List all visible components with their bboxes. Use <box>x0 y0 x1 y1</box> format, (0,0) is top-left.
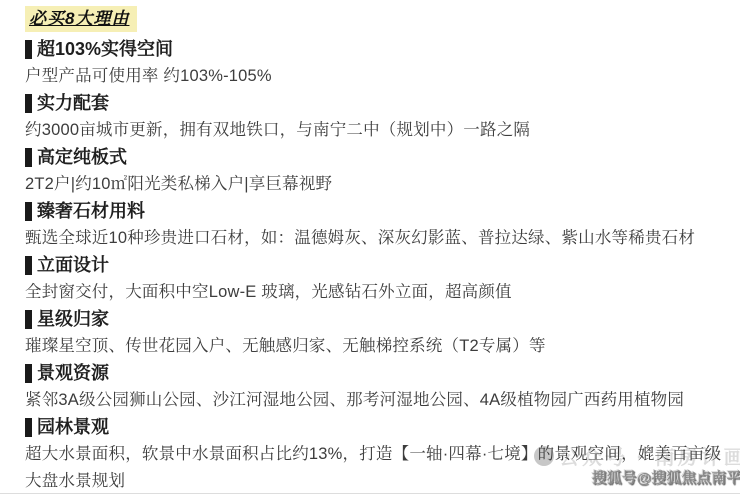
section-heading: 实力配套 <box>25 90 726 117</box>
section-heading: 立面设计 <box>25 252 726 279</box>
section-heading-text: 景观资源 <box>37 360 109 387</box>
reason-section-8: 园林景观 超大水景面积，软景中水景面积占比约13%，打造【一轴·四幕·七境】的景… <box>25 414 726 495</box>
section-body-text: 璀璨星空顶、传世花园入户、无触感归家、无触梯控系统（T2专属）等 <box>25 333 726 360</box>
heading-bar-icon <box>25 310 32 329</box>
title-row: 必买8大理由 <box>25 6 726 36</box>
reason-section-5: 立面设计 全封窗交付，大面积中空Low-E 玻璃，光感钻石外立面，超高颜值 <box>25 252 726 306</box>
section-heading-text: 实力配套 <box>37 90 109 117</box>
heading-bar-icon <box>25 40 32 59</box>
section-heading: 超103%实得空间 <box>25 36 726 63</box>
section-body-text: 户型产品可使用率 约103%-105% <box>25 63 726 90</box>
section-heading: 星级归家 <box>25 306 726 333</box>
reason-section-2: 实力配套 约3000亩城市更新，拥有双地铁口，与南宁二中（规划中）一路之隔 <box>25 90 726 144</box>
heading-bar-icon <box>25 256 32 275</box>
section-heading: 高定纯板式 <box>25 144 726 171</box>
section-body-text: 甄选全球近10种珍贵进口石材，如：温德姆灰、深灰幻影蓝、普拉达绿、紫山水等稀贵石… <box>25 225 726 252</box>
heading-bar-icon <box>25 364 32 383</box>
section-heading-text: 高定纯板式 <box>37 144 127 171</box>
reason-section-6: 星级归家 璀璨星空顶、传世花园入户、无触感归家、无触梯控系统（T2专属）等 <box>25 306 726 360</box>
page-title: 必买8大理由 <box>25 6 137 32</box>
section-heading-text: 立面设计 <box>37 252 109 279</box>
section-body-text: 全封窗交付，大面积中空Low-E 玻璃，光感钻石外立面，超高颜值 <box>25 279 726 306</box>
heading-bar-icon <box>25 418 32 437</box>
section-body-text: 2T2户|约10㎡阳光类私梯入户|享巨幕视野 <box>25 171 726 198</box>
reason-section-1: 超103%实得空间 户型产品可使用率 约103%-105% <box>25 36 726 90</box>
section-heading: 景观资源 <box>25 360 726 387</box>
bottom-divider <box>0 493 740 494</box>
section-heading: 园林景观 <box>25 414 726 441</box>
heading-bar-icon <box>25 94 32 113</box>
heading-bar-icon <box>25 202 32 221</box>
section-heading: 臻奢石材用料 <box>25 198 726 225</box>
section-heading-text: 星级归家 <box>37 306 109 333</box>
section-heading-text: 园林景观 <box>37 414 109 441</box>
reason-section-7: 景观资源 紧邻3A级公园狮山公园、沙江河湿地公园、那考河湿地公园、4A级植物园广… <box>25 360 726 414</box>
article-page: 必买8大理由 超103%实得空间 户型产品可使用率 约103%-105% 实力配… <box>0 0 740 495</box>
section-heading-text: 臻奢石材用料 <box>37 198 145 225</box>
section-heading-text: 超103%实得空间 <box>37 36 173 63</box>
section-body-text: 紧邻3A级公园狮山公园、沙江河湿地公园、那考河湿地公园、4A级植物园广西药用植物… <box>25 387 726 414</box>
section-body-text: 超大水景面积，软景中水景面积占比约13%，打造【一轴·四幕·七境】的景观空间，媲… <box>25 441 726 495</box>
heading-bar-icon <box>25 148 32 167</box>
section-body-text: 约3000亩城市更新，拥有双地铁口，与南宁二中（规划中）一路之隔 <box>25 117 726 144</box>
reason-section-4: 臻奢石材用料 甄选全球近10种珍贵进口石材，如：温德姆灰、深灰幻影蓝、普拉达绿、… <box>25 198 726 252</box>
reason-section-3: 高定纯板式 2T2户|约10㎡阳光类私梯入户|享巨幕视野 <box>25 144 726 198</box>
